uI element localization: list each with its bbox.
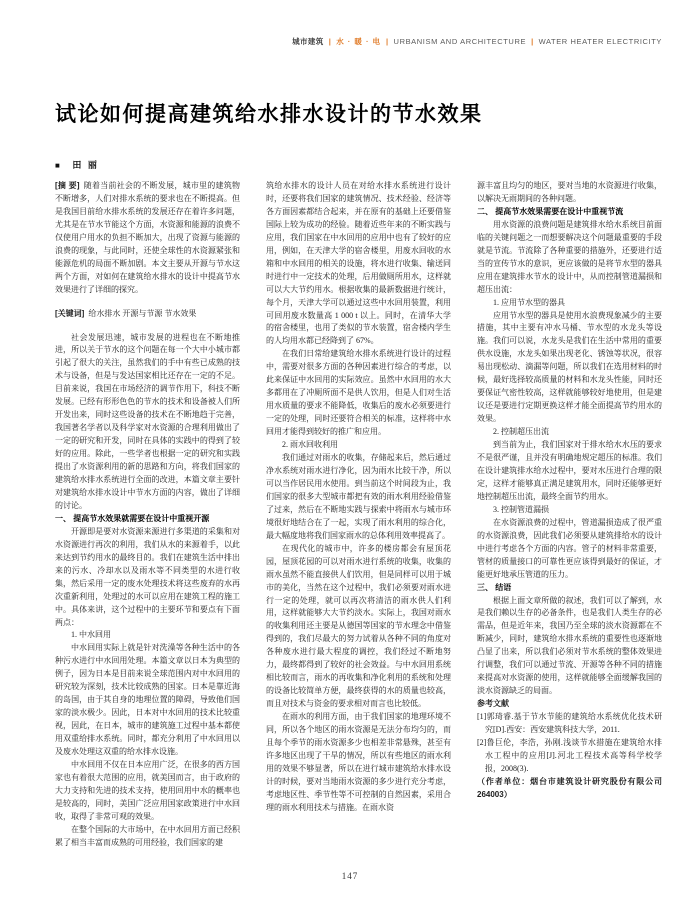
sub-heading-zhongshui: 1. 中水回用	[55, 629, 240, 642]
paragraph-usa: 中水回用不仅在日本应用广泛，在很多的西方国家也有着很大范围的应用，就美国而言，由…	[55, 759, 240, 824]
author-affiliation: （作者单位：烟台市建筑设计研究股份有限公司 264003）	[477, 776, 662, 802]
paragraph-conclusion: 根据上面文章所做的叙述，我们可以了解到，水是我们赖以生存的必备条件，也是我们人类…	[477, 595, 662, 699]
article-body: [摘 要] 随着当前社会的不断发展，城市里的建筑物不断增多，人们对排水系统的要求…	[55, 180, 662, 860]
journal-header: 城市建筑 | 水 · 暖 · 电 | URBANISM AND ARCHITEC…	[292, 36, 662, 47]
paragraph-rain-3: 在雨水的利用方面，由于我们国家的地理环境不同，所以各个地区的雨水资源是无法分布均…	[266, 711, 451, 815]
abstract-label: [摘 要]	[55, 181, 80, 190]
paragraph-japan: 中水回用实际上就是针对洗澡等各种生活中的各种污水进行中水回用处理。本篇文章以日本…	[55, 642, 240, 759]
references-heading: 参考文献	[477, 698, 662, 711]
journal-page: 城市建筑 | 水 · 暖 · 电 | URBANISM AND ARCHITEC…	[0, 0, 700, 913]
column-middle: 筑给水排水的设计人员在对给水排水系统进行设计时，还要将我们国家的建筑情况、技术经…	[266, 180, 451, 860]
author-marker-icon: ■	[55, 161, 62, 170]
paragraph-jieliu: 用水资源的浪费问题是建筑排水给水系统目前面临的关键问题之一而想要解决这个问题最重…	[477, 219, 662, 297]
paragraph-chaoya: 到当前为止，我们国家对于排水给水水压的要求不是很严谨，且并没有明确地规定超压的标…	[477, 439, 662, 504]
article-title: 试论如何提高建筑给水排水设计的节水效果	[55, 98, 655, 128]
abstract-text: 随着当前社会的不断发展，城市里的建筑物不断增多，人们对排水系统的要求也在不断提高…	[55, 181, 240, 294]
paragraph-intro: 社会发展迅速，城市发展的进程也在不断地推进，所以关于节水的这个问题在每一个大中小…	[55, 332, 240, 513]
journal-section-en: WATER HEATER ELECTRICITY	[539, 37, 662, 46]
paragraph-rain-2: 在现代化的城市中，许多的楼房都会有屋顶花园，屋顶花园的可以对雨水进行系统的收集，…	[266, 543, 451, 711]
sub-heading-loushun: 3. 控制管道漏损	[477, 504, 662, 517]
paragraph-design: 在我们日常给建筑给水排水系统进行设计的过程中，需要对很多方面的各种因素进行综合的…	[266, 348, 451, 439]
page-number: 147	[0, 871, 700, 881]
journal-section-cn: 水 · 暖 · 电	[336, 36, 381, 47]
journal-name-en: URBANISM AND ARCHITECTURE	[394, 37, 527, 46]
abstract-block: [摘 要] 随着当前社会的不断发展，城市里的建筑物不断增多，人们对排水系统的要求…	[55, 180, 240, 297]
keywords-text: 给水排水 开源与节源 节水效果	[88, 309, 196, 318]
header-separator: |	[329, 37, 332, 46]
column-left: [摘 要] 随着当前社会的不断发展，城市里的建筑物不断增多，人们对排水系统的要求…	[55, 180, 240, 860]
sub-heading-qiju: 1. 应用节水型的器具	[477, 297, 662, 310]
author-name: 田 丽	[72, 160, 99, 170]
paragraph-kaiyuan: 开源即是要对水资源来源进行多渠道的采集和对水资源进行再次的利用，我们从水的来源着…	[55, 526, 240, 630]
sub-heading-rainwater: 2. 雨水回收利用	[266, 439, 451, 452]
section-heading-conclusion: 三、 结语	[477, 582, 662, 595]
sub-heading-chaoya: 2. 控制超压出流	[477, 426, 662, 439]
author-line: ■ 田 丽	[55, 158, 99, 171]
journal-name-cn: 城市建筑	[292, 36, 324, 47]
column-right: 源丰富且均匀的地区，要对当地的水资源进行收集，以解决无雨期间的各种问题。 二、 …	[477, 180, 662, 860]
keywords-block: [关键词] 给水排水 开源与节源 节水效果	[55, 308, 240, 321]
keywords-label: [关键词]	[55, 309, 84, 318]
section-heading-1: 一、 提高节水效果就需要在设计中重视开源	[55, 513, 240, 526]
paragraph-continuation: 筑给水排水的设计人员在对给水排水系统进行设计时，还要将我们国家的建筑情况、技术经…	[266, 180, 451, 348]
reference-item-1: [1]郭琦睿.基于节水节能的建筑给水系统优化技术研究[D].西安：西安建筑科技大…	[477, 711, 662, 737]
header-separator: |	[386, 37, 389, 46]
paragraph-loushun: 在水资源浪费的过程中，管道漏损造成了很严重的水资源浪费，因此我们必须要从建筑排给…	[477, 517, 662, 582]
paragraph-qiju: 应用节水型的器具是使用水浪费现象减少的主要措施，其中主要有冲水马桶、节水型的水龙…	[477, 310, 662, 427]
header-separator: |	[531, 37, 534, 46]
paragraph-continuation: 源丰富且均匀的地区，要对当地的水资源进行收集，以解决无雨期间的各种问题。	[477, 180, 662, 206]
reference-item-2: [2]鲁巨伦，李浩，孙刚.浅谈节水措施在建筑给水排水工程中的应用[J].河北工程…	[477, 737, 662, 776]
section-heading-2: 二、 提高节水效果需要在设计中重视节流	[477, 206, 662, 219]
paragraph-rain-1: 我们通过对雨水的收集，存储起来后，然后通过净水系统对雨水进行净化，因为雨水比较干…	[266, 452, 451, 543]
paragraph-international: 在整个国际的大市场中，在中水回用方面已经积累了相当丰富而成熟的可用经验，我们国家…	[55, 824, 240, 850]
